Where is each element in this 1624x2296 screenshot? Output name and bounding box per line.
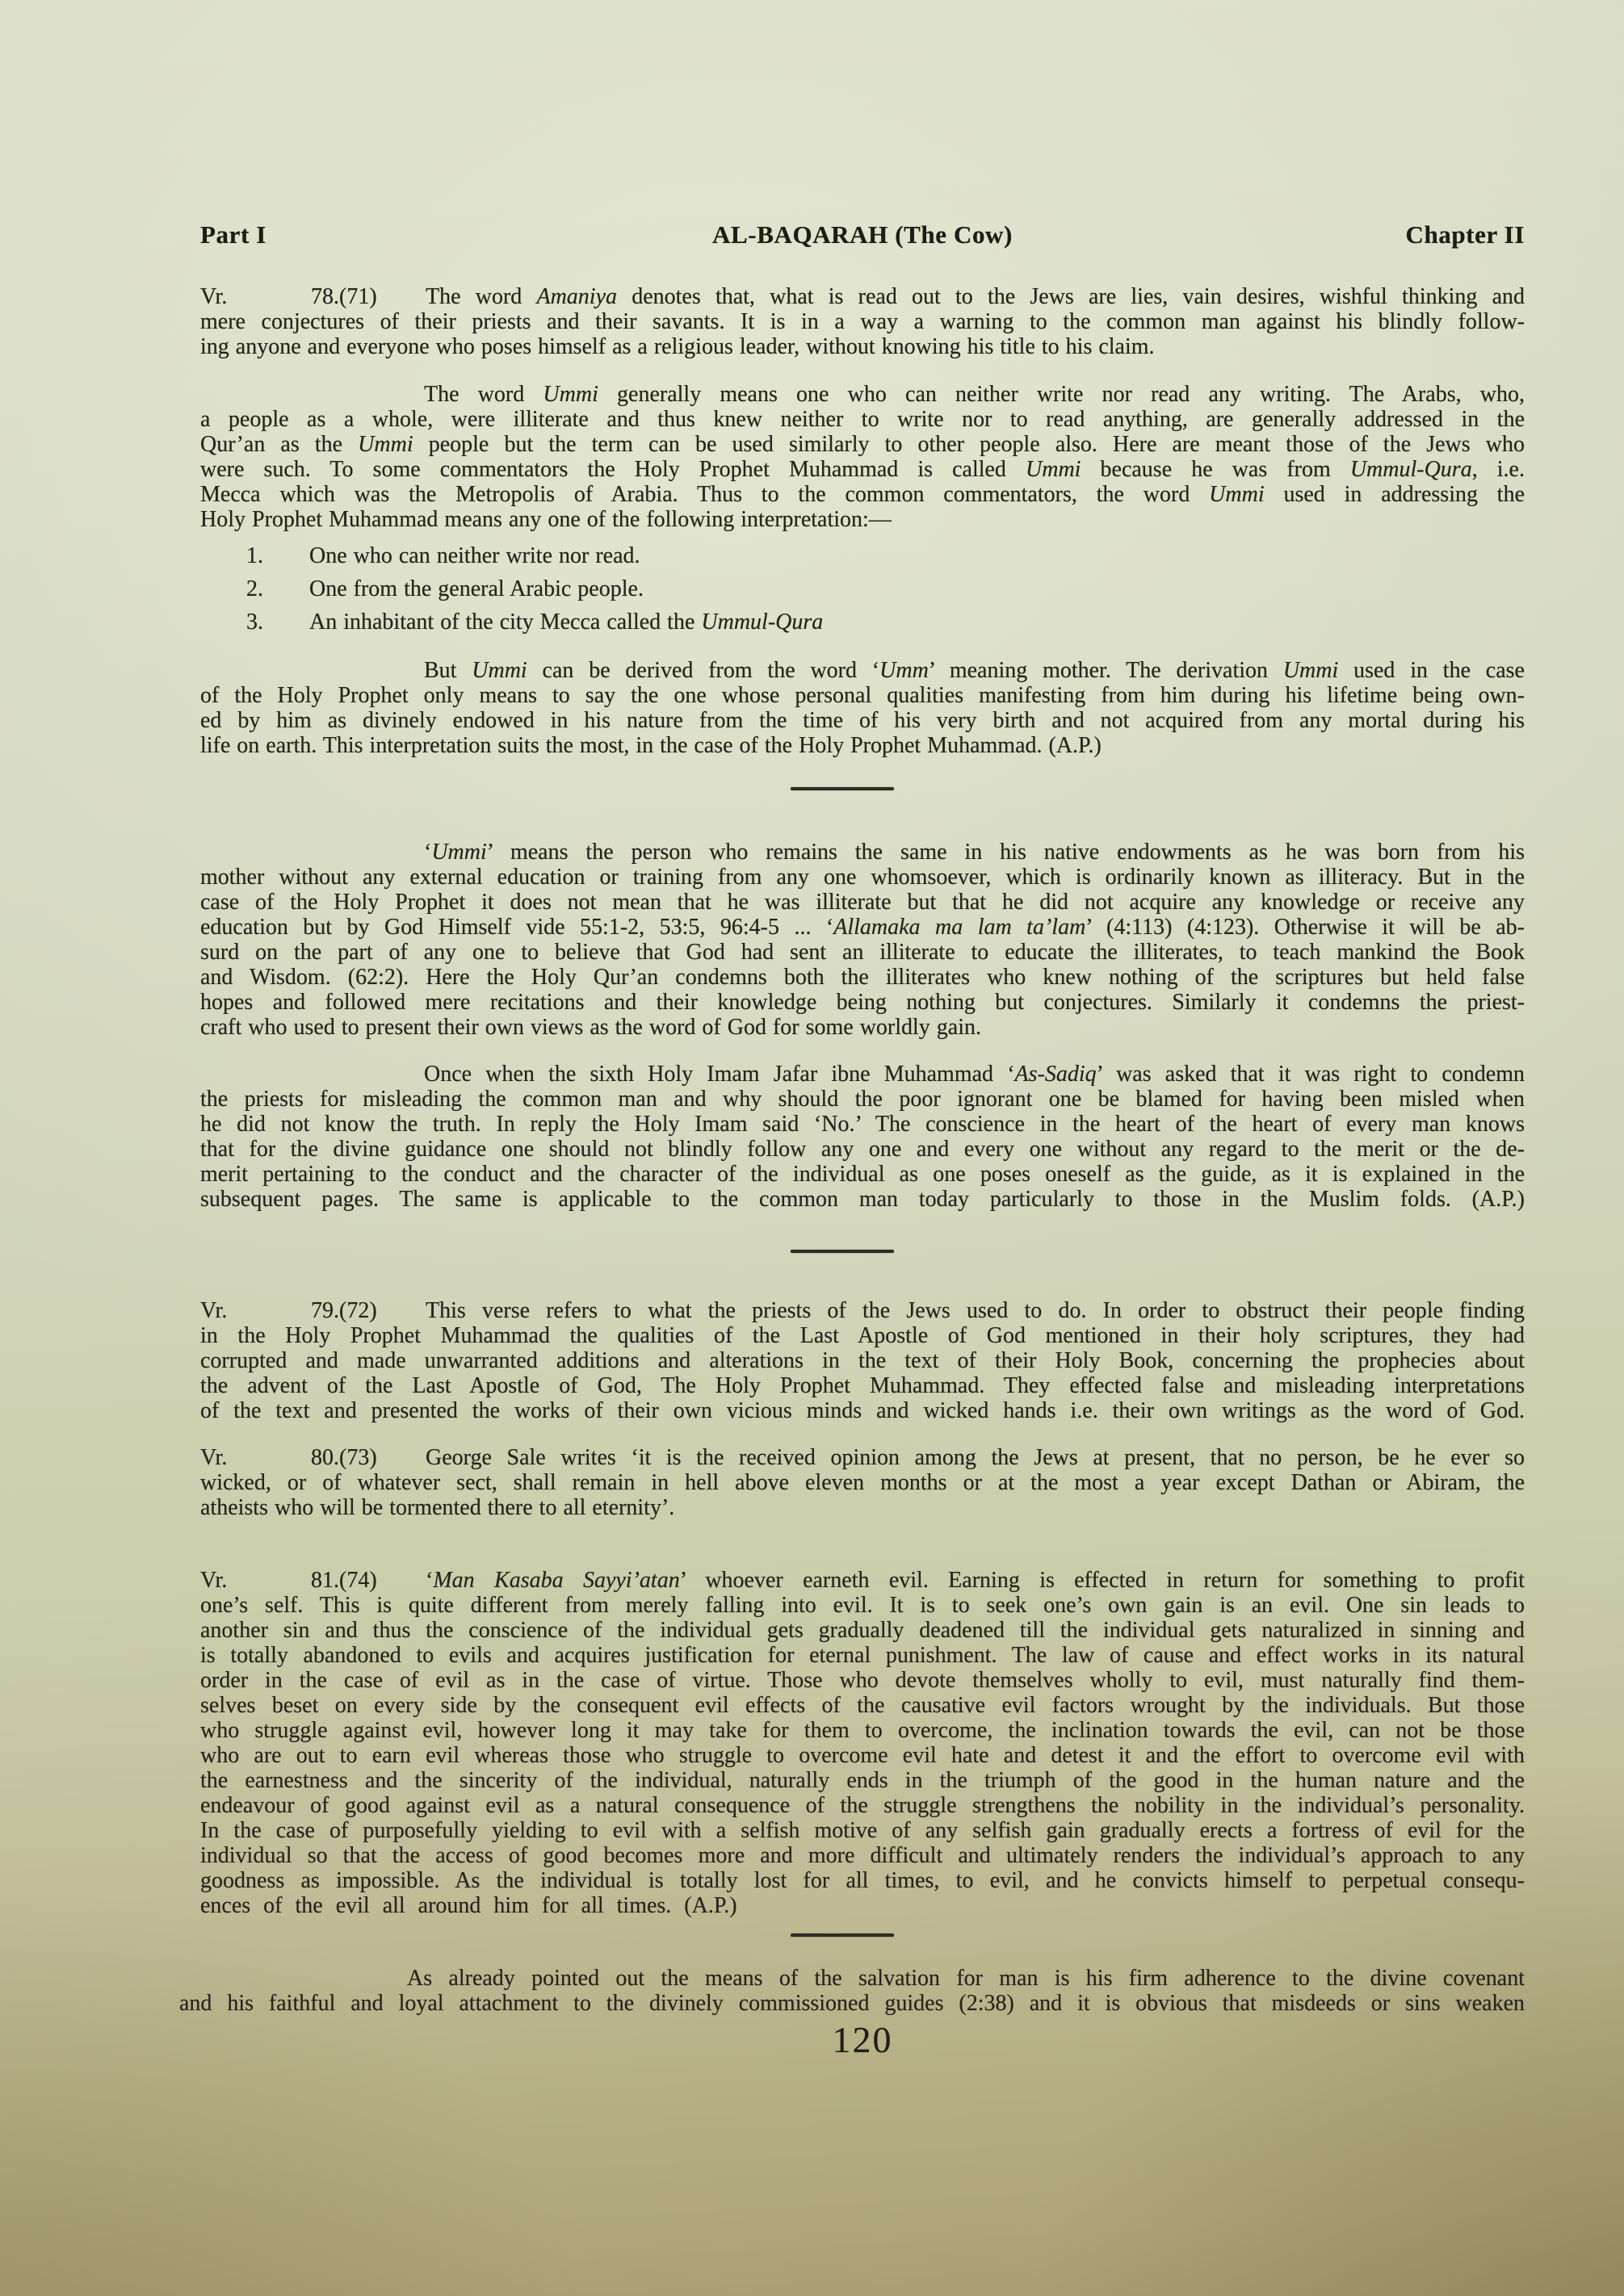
list-number: 2. [246,576,309,601]
verse-number: Vr. 79. [200,1298,339,1323]
list-item: 3.An inhabitant of the city Mecca called… [200,610,1525,643]
book-page: Part I AL-BAQARAH (The Cow) Chapter II V… [0,0,1624,2296]
text-line: craft who used to present their own view… [200,1015,1525,1040]
paragraph: But Ummi can be derived from the word ‘U… [200,658,1525,758]
verse-number: Vr. 81. [200,1568,339,1593]
text-line: another sin and thus the conscience of t… [200,1618,1525,1643]
text-line: Vr. 79.(72)This verse refers to what the… [200,1298,1525,1323]
text-line: endeavour of good against evil as a natu… [200,1793,1525,1818]
text-line: ences of the evil all around him for all… [200,1893,1525,1918]
text-line: of the text and presented the works of t… [200,1398,1525,1423]
text-line: Holy Prophet Muhammad means any one of t… [200,507,1525,532]
text-line: atheists who will be tormented there to … [200,1495,1525,1520]
header-title: AL-BAQARAH (The Cow) [200,220,1525,249]
section-divider [791,787,894,790]
text-line: the priests for misleading the common ma… [200,1087,1525,1112]
text-line: order in the case of evil as in the case… [200,1668,1525,1693]
note-number: (72) [339,1298,426,1323]
text-line: In the case of purposefully yielding to … [200,1818,1525,1843]
text-line: mere conjectures of their priests and th… [200,309,1525,334]
page-number: 120 [200,2018,1525,2061]
text-line: and his faithful and loyal attachment to… [179,1991,1525,2016]
note-number: (71) [339,284,426,309]
text-line: selves beset on every side by the conseq… [200,1693,1525,1718]
paragraph: Vr. 78.(71)The word Amaniya denotes that… [200,284,1525,359]
text-line: Vr. 78.(71)The word Amaniya denotes that… [200,284,1525,309]
text-line: the earnestness and the sincerity of the… [200,1768,1525,1793]
paragraph: 1.One who can neither write nor read.2.O… [200,543,1525,643]
text-line: one’s self. This is quite different from… [200,1593,1525,1618]
text-line: he did not know the truth. In reply the … [200,1112,1525,1137]
paragraph: Vr. 81.(74)‘Man Kasaba Sayyi’atan’ whoev… [200,1568,1525,1918]
paragraph: Vr. 80.(73)George Sale writes ‘it is the… [200,1445,1525,1520]
text-line: But Ummi can be derived from the word ‘U… [200,658,1525,683]
text-line: were such. To some commentators the Holy… [200,457,1525,482]
section-divider [791,1934,894,1937]
text-line: mother without any external education or… [200,865,1525,890]
text-line: of the Holy Prophet only means to say th… [200,683,1525,708]
list-number: 3. [246,610,309,635]
text-line: life on earth. This interpretation suits… [200,733,1525,758]
text-line: a people as a whole, were illiterate and… [200,407,1525,432]
header-chapter: Chapter II [1405,220,1525,249]
text-line: The word Ummi generally means one who ca… [200,382,1525,407]
text-line: As already pointed out the means of the … [179,1966,1525,1991]
text-line: Once when the sixth Holy Imam Jafar ibne… [200,1062,1525,1087]
text-line: individual so that the access of good be… [200,1843,1525,1868]
paragraph: ‘Ummi’ means the person who remains the … [200,840,1525,1040]
text-line: the advent of the Last Apostle of God, T… [200,1373,1525,1398]
note-number: (73) [339,1445,426,1470]
text-line: merit pertaining to the conduct and the … [200,1162,1525,1187]
text-line: hopes and followed mere recitations and … [200,990,1525,1015]
text-line: and Wisdom. (62:2). Here the Holy Qur’an… [200,965,1525,990]
text-line: Mecca which was the Metropolis of Arabia… [200,482,1525,507]
text-line: is totally abandoned to evils and acquir… [200,1643,1525,1668]
note-number: (74) [339,1568,426,1593]
text-line: in the Holy Prophet Muhammad the qualiti… [200,1323,1525,1348]
paragraph: Vr. 79.(72)This verse refers to what the… [200,1298,1525,1423]
text-line: that for the divine guidance one should … [200,1137,1525,1162]
text-line: who struggle against evil, however long … [200,1718,1525,1743]
page-body: Vr. 78.(71)The word Amaniya denotes that… [200,284,1525,2016]
text-line: case of the Holy Prophet it does not mea… [200,890,1525,915]
verse-number: Vr. 78. [200,284,339,309]
page-header: Part I AL-BAQARAH (The Cow) Chapter II [200,220,1525,253]
text-line: who are out to earn evil whereas those w… [200,1743,1525,1768]
text-line: ing anyone and everyone who poses himsel… [200,334,1525,359]
list-number: 1. [246,543,309,568]
paragraph: Once when the sixth Holy Imam Jafar ibne… [200,1062,1525,1212]
text-line: corrupted and made unwarranted additions… [200,1348,1525,1373]
text-line: education but by God Himself vide 55:1-2… [200,915,1525,940]
section-divider [791,1250,894,1253]
text-line: Vr. 81.(74)‘Man Kasaba Sayyi’atan’ whoev… [200,1568,1525,1593]
text-line: wicked, or of whatever sect, shall remai… [200,1470,1525,1495]
text-line: ‘Ummi’ means the person who remains the … [200,840,1525,865]
text-line: goodness as impossible. As the individua… [200,1868,1525,1893]
text-line: Qur’an as the Ummi people but the term c… [200,432,1525,457]
text-line: surd on the part of any one to believe t… [200,940,1525,965]
paragraph: The word Ummi generally means one who ca… [200,382,1525,532]
text-line: subsequent pages. The same is applicable… [200,1187,1525,1212]
text-line: Vr. 80.(73)George Sale writes ‘it is the… [200,1445,1525,1470]
paragraph: As already pointed out the means of the … [179,1966,1525,2016]
list-item: 1.One who can neither write nor read. [200,543,1525,576]
text-line: ed by him as divinely endowed in his nat… [200,708,1525,733]
verse-number: Vr. 80. [200,1445,339,1470]
list-item: 2.One from the general Arabic people. [200,576,1525,610]
